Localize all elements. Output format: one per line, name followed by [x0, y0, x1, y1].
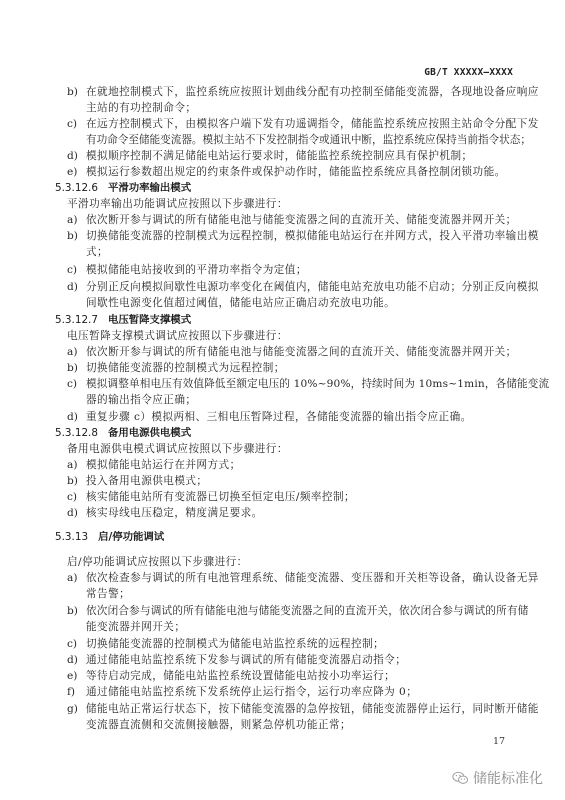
wechat-icon	[452, 771, 469, 785]
section-title: 平滑功率输出模式	[108, 182, 191, 194]
list-label: b)	[67, 85, 78, 99]
list-item-text: 切换储能变流器的控制模式为储能电站监控系统的远程控制；	[86, 637, 384, 651]
list-item-text: 有功命令至储能变流器。模拟主站不下发控制指令或通讯中断，监控系统应保持当前指令状…	[86, 133, 531, 147]
list-item-text: 模拟调整单相电压有效值降低至额定电压的 10%~90%，持续时间为 10ms~1…	[86, 377, 549, 391]
list-item-text: 模拟储能电站运行在并网方式；	[86, 458, 241, 472]
standard-code: GB/T XXXXX—XXXX	[424, 67, 513, 78]
list-label: d)	[67, 149, 78, 163]
list-item-text: 间歇性电源变化值超过阈值，储能电站应正确启动充放电功能。	[86, 296, 395, 310]
section-title: 备用电源供电模式	[108, 427, 191, 439]
section-number: 5.3.12.8	[55, 426, 98, 440]
list-item-text: 器的输出指令应正确；	[86, 393, 196, 407]
list-label: g)	[67, 702, 78, 716]
section-title: 启/停功能调试	[98, 531, 164, 543]
list-label: f)	[67, 685, 75, 699]
list-label: a)	[67, 571, 77, 585]
page-number: 17	[493, 736, 505, 747]
list-label: e)	[67, 165, 77, 179]
list-item-text: 主站的有功控制命令；	[86, 101, 196, 115]
list-item-text: 依次闭合参与调试的所有储能电池与储能变流器之间的直流开关，依次闭合参与调试的所有…	[86, 604, 529, 618]
list-item-text: 等待启动完成，储能电站监控系统设置储能电站按小功率运行；	[86, 669, 395, 683]
list-label: c)	[67, 377, 77, 391]
list-item-text: 通过储能电站监控系统下发系统停止运行指令，运行功率应降为 0；	[86, 685, 417, 699]
list-item-text: 在就地控制模式下，监控系统应按照计划曲线分配有功控制至储能变流器，各现地设备应响…	[86, 85, 539, 99]
section-intro: 备用电源供电模式调试应按照以下步骤进行：	[67, 442, 288, 456]
list-item-text: 通过储能电站监控系统下发参与调试的所有储能变流器启动指令；	[86, 653, 406, 667]
list-label: a)	[67, 458, 77, 472]
list-label: c)	[67, 490, 77, 504]
list-item-text: 切换储能变流器的控制模式为远程控制；	[86, 361, 285, 375]
list-item-text: 储能电站正常运行状态下，按下储能变流器的急停按钮，储能变流器停止运行，同时断开储…	[86, 702, 539, 716]
list-item-text: 依次断开参与调试的所有储能电池与储能变流器之间的直流开关、储能变流器并网开关；	[86, 213, 517, 227]
list-label: a)	[67, 345, 77, 359]
list-item-text: 模拟储能电站接收到的平滑功率指令为定值；	[86, 263, 307, 277]
list-label: d)	[67, 410, 78, 424]
document-page: GB/T XXXXX—XXXX b) 在就地控制模式下，监控系统应按照计划曲线分…	[0, 0, 565, 800]
section-heading: 5.3.12.8备用电源供电模式	[55, 426, 191, 440]
list-label: c)	[67, 263, 77, 277]
section-number: 5.3.12.6	[55, 181, 98, 195]
list-label: e)	[67, 669, 77, 683]
watermark: 储能标准化	[452, 768, 543, 788]
list-item-text: 核实储能电站所有变流器已切换至恒定电压/频率控制；	[86, 490, 355, 504]
list-label: a)	[67, 213, 77, 227]
list-label: d)	[67, 506, 78, 520]
list-item-text: 式；	[86, 245, 108, 259]
list-label: c)	[67, 637, 77, 651]
list-item-text: 重复步骤 c）模拟两相、三相电压暂降过程，各储能变流器的输出指令应正确。	[86, 410, 472, 424]
list-item-text: 模拟运行参数超出规定的约束条件或保护动作时，储能监控系统应具备控制闭锁功能。	[86, 165, 506, 179]
list-item-text: 切换储能变流器的控制模式为远程控制，模拟储能电站运行在并网方式，投入平滑功率输出…	[86, 229, 539, 243]
watermark-text: 储能标准化	[473, 768, 543, 788]
section-intro: 平滑功率输出功能调试应按照以下步骤进行：	[67, 197, 288, 211]
section-intro: 启/停功能调试应按照以下步骤进行：	[67, 555, 248, 569]
list-label: b)	[67, 604, 78, 618]
list-item-text: 分别正反向模拟间歇性电源功率变化在阈值内，储能电站充放电功能不启动；分别正反向模…	[86, 280, 539, 294]
list-label: b)	[67, 474, 78, 488]
section-heading: 5.3.13启/停功能调试	[55, 530, 164, 544]
list-label: b)	[67, 361, 78, 375]
section-heading: 5.3.12.6平滑功率输出模式	[55, 181, 191, 195]
section-intro: 电压暂降支撑模式调试应按照以下步骤进行：	[67, 329, 288, 343]
list-item-text: 能变流器并网开关；	[86, 620, 185, 634]
list-item-text: 投入备用电源供电模式；	[86, 474, 207, 488]
list-label: d)	[67, 653, 78, 667]
list-item-text: 在远方控制模式下，由模拟客户端下发有功遥调指令，储能监控系统应按照主站命令分配下…	[86, 117, 539, 131]
list-label: b)	[67, 229, 78, 243]
list-item-text: 依次断开参与调试的所有储能电池与储能变流器之间的直流开关、储能变流器并网开关；	[86, 345, 517, 359]
section-number: 5.3.12.7	[55, 313, 98, 327]
section-heading: 5.3.12.7电压暂降支撑模式	[55, 313, 191, 327]
section-title: 电压暂降支撑模式	[108, 314, 191, 326]
section-number: 5.3.13	[55, 530, 88, 544]
list-item-text: 依次检查参与调试的所有电池管理系统、储能变流器、变压器和开关柜等设备，确认设备无…	[86, 571, 539, 585]
list-item-text: 模拟顺序控制不满足储能电站运行要求时，储能监控系统控制应具有保护机制；	[86, 149, 473, 163]
list-label: d)	[67, 280, 78, 294]
list-item-text: 变流器直流侧和交流侧接触器，则紧急停机功能正常；	[86, 718, 351, 732]
list-item-text: 核实母线电压稳定，精度满足要求。	[86, 506, 263, 520]
list-item-text: 常告警；	[86, 587, 130, 601]
list-label: c)	[67, 117, 77, 131]
